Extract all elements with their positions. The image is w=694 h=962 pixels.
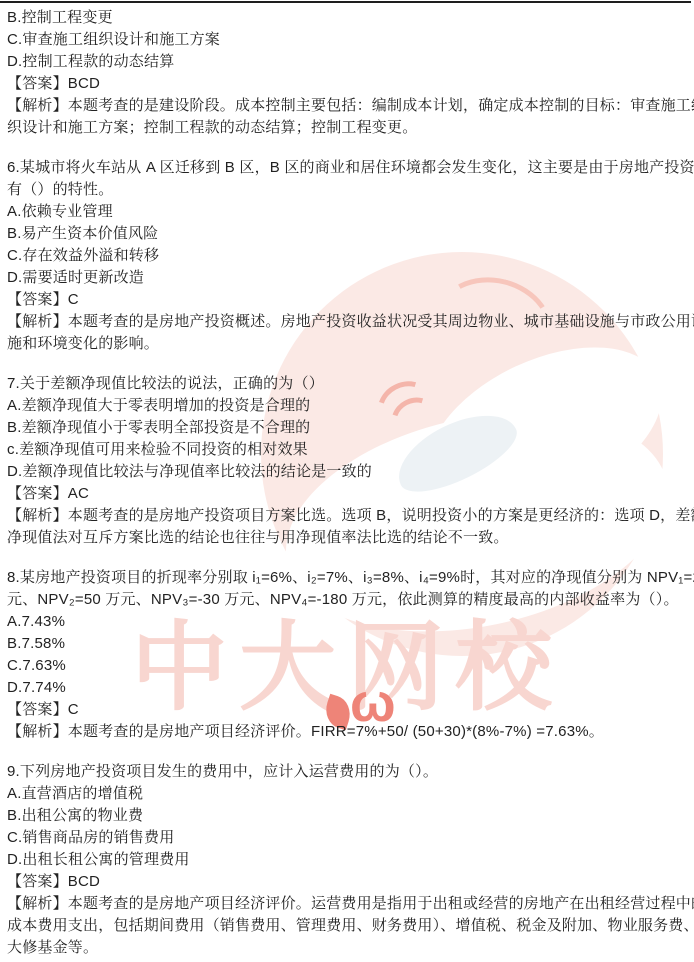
text-line: 【答案】BCD — [7, 871, 690, 893]
text-line: 6.某城市将火车站从 A 区迁移到 B 区，B 区的商业和居住环境都会发生变化，… — [7, 157, 690, 179]
text-line: C.存在效益外溢和转移 — [7, 245, 690, 267]
text-line: 【解析】本题考查的是建设阶段。成本控制主要包括：编制成本计划，确定成本控制的目标… — [7, 95, 690, 117]
text-line: A.差额净现值大于零表明增加的投资是合理的 — [7, 395, 690, 417]
text-line: 有（）的特性。 — [7, 179, 690, 201]
text-line: A.直营酒店的增值税 — [7, 783, 690, 805]
text-line: 净现值法对互斥方案比选的结论也往往与用净现值率法比选的结论不一致。 — [7, 527, 690, 549]
document-page: 中大网校 ω B.控制工程变更C.审查施工组织设计和施工方案D.控制工程款的动态… — [0, 0, 694, 962]
text-line: D.出租长租公寓的管理费用 — [7, 849, 690, 871]
text-line: 【答案】BCD — [7, 73, 690, 95]
question-9: 9.下列房地产投资项目发生的费用中，应计入运营费用的为（）。A.直营酒店的增值税… — [7, 761, 690, 959]
text-line: D.7.74% — [7, 677, 690, 699]
text-line: 施和环境变化的影响。 — [7, 333, 690, 355]
text-line: 【解析】本题考查的是房地产项目经济评价。FIRR=7%+50/ (50+30)*… — [7, 721, 690, 743]
text-line: B.出租公寓的物业费 — [7, 805, 690, 827]
question-7: 7.关于差额净现值比较法的说法，正确的为（）A.差额净现值大于零表明增加的投资是… — [7, 373, 690, 549]
text-line: 织设计和施工方案；控制工程款的动态结算；控制工程变更。 — [7, 117, 690, 139]
text-line: A.7.43% — [7, 611, 690, 633]
text-line: 【答案】C — [7, 289, 690, 311]
text-line: c.差额净现值可用来检验不同投资的相对效果 — [7, 439, 690, 461]
top-divider-line — [0, 1, 691, 3]
text-line: D.控制工程款的动态结算 — [7, 51, 690, 73]
text-line: 9.下列房地产投资项目发生的费用中，应计入运营费用的为（）。 — [7, 761, 690, 783]
text-line: D.需要适时更新改造 — [7, 267, 690, 289]
text-line: D.差额净现值比较法与净现值率比较法的结论是一致的 — [7, 461, 690, 483]
text-line: 8.某房地产投资项目的折现率分别取 i₁=6%、i₂=7%、i₃=8%、i₄=9… — [7, 567, 690, 589]
text-line: 【答案】AC — [7, 483, 690, 505]
question-6: 6.某城市将火车站从 A 区迁移到 B 区，B 区的商业和居住环境都会发生变化，… — [7, 157, 690, 355]
text-line: 【解析】本题考查的是房地产投资概述。房地产投资收益状况受其周边物业、城市基础设施… — [7, 311, 690, 333]
text-line: B.7.58% — [7, 633, 690, 655]
text-line: B.易产生资本价值风险 — [7, 223, 690, 245]
text-line: 大修基金等。 — [7, 937, 690, 959]
text-line: 【解析】本题考查的是房地产项目经济评价。运营费用是指用于出租或经营的房地产在出租… — [7, 893, 690, 915]
exam-content: B.控制工程变更C.审查施工组织设计和施工方案D.控制工程款的动态结算【答案】B… — [7, 7, 690, 959]
text-line: B.控制工程变更 — [7, 7, 690, 29]
text-line: C.销售商品房的销售费用 — [7, 827, 690, 849]
question-5-tail: B.控制工程变更C.审查施工组织设计和施工方案D.控制工程款的动态结算【答案】B… — [7, 7, 690, 139]
text-line: C.审查施工组织设计和施工方案 — [7, 29, 690, 51]
text-line: 7.关于差额净现值比较法的说法，正确的为（） — [7, 373, 690, 395]
text-line: B.差额净现值小于零表明全部投资是不合理的 — [7, 417, 690, 439]
text-line: C.7.63% — [7, 655, 690, 677]
question-8: 8.某房地产投资项目的折现率分别取 i₁=6%、i₂=7%、i₃=8%、i₄=9… — [7, 567, 690, 743]
text-line: 元、NPV₂=50 万元、NPV₃=-30 万元、NPV₄=-180 万元，依此… — [7, 589, 690, 611]
text-line: 【答案】C — [7, 699, 690, 721]
text-line: 【解析】本题考查的是房地产投资项目方案比选。选项 B，说明投资小的方案是更经济的… — [7, 505, 690, 527]
text-line: 成本费用支出，包括期间费用（销售费用、管理费用、财务费用）、增值税、税金及附加、… — [7, 915, 690, 937]
text-line: A.依赖专业管理 — [7, 201, 690, 223]
